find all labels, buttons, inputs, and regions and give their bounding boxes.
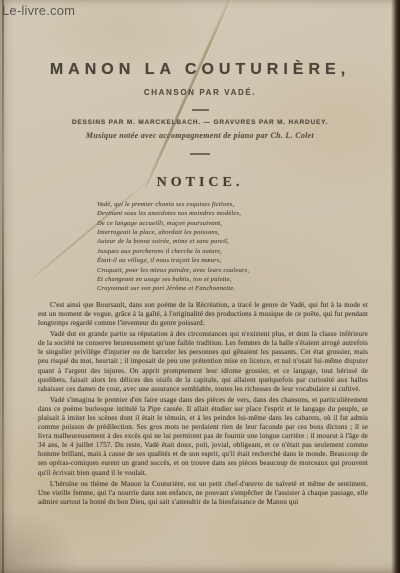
verse-line: Devinant sous les anecdotes nos moindres… [97, 209, 322, 218]
verse-line: Jusques aux porcherons il cherche la nat… [97, 247, 322, 256]
verse-line: Interrogeait la place, abordait les pois… [97, 228, 322, 237]
title-block: MANON LA COUTURIÈRE, CHANSON PAR VADÉ. D… [0, 62, 400, 155]
verse-line: De ce langage accueilli, maçon poursuiva… [97, 219, 322, 228]
verse-line: Auteur de la bonne soirée, mime et sans … [97, 237, 322, 246]
scanned-page: Le-livre.com MANON LA COUTURIÈRE, CHANSO… [0, 0, 400, 573]
notice-heading: NOTICE. [0, 175, 400, 191]
page-title: MANON LA COUTURIÈRE, [0, 62, 400, 78]
notice-paragraphs: C'est ainsi que Boursault, dans son poèm… [38, 301, 368, 507]
credits-line: DESSINS PAR M. MARCKELBACH. — GRAVURES P… [0, 119, 400, 126]
notice-paragraph: Vadé s'imagina le premier d'en faire usa… [38, 396, 368, 478]
notice-paragraph: C'est ainsi que Boursault, dans son poèm… [38, 301, 368, 328]
notice-paragraph: L'héroïne ou thème de Manon la Couturièr… [38, 480, 368, 507]
verse-line: Était-il au village, il nous traçait les… [97, 256, 322, 265]
notice-section: NOTICE. Vadé, qui le premier chanta ses … [0, 175, 400, 507]
verse-line: Crayonnait sur son port Jérôme et Fancho… [97, 284, 322, 293]
music-credit-line: Musique notée avec accompagnement de pia… [0, 132, 400, 141]
watermark-le-livre: Le-livre.com [2, 3, 75, 18]
notice-paragraph: Vadé dut en grande partie sa réputation … [38, 330, 368, 394]
verse-line: Et changeant en usage ses habits, ton et… [97, 275, 322, 284]
verse-line: Croquait, pour les mieux peindre, avec l… [97, 266, 322, 275]
page-subtitle: CHANSON PAR VADÉ. [0, 89, 400, 98]
divider-dash-bottom [190, 153, 210, 155]
verse-block: Vadé, qui le premier chanta ses exquises… [97, 200, 322, 294]
page-right-edge [391, 0, 400, 573]
verse-line: Vadé, qui le premier chanta ses exquises… [97, 200, 322, 209]
divider-dash-top [192, 109, 209, 111]
